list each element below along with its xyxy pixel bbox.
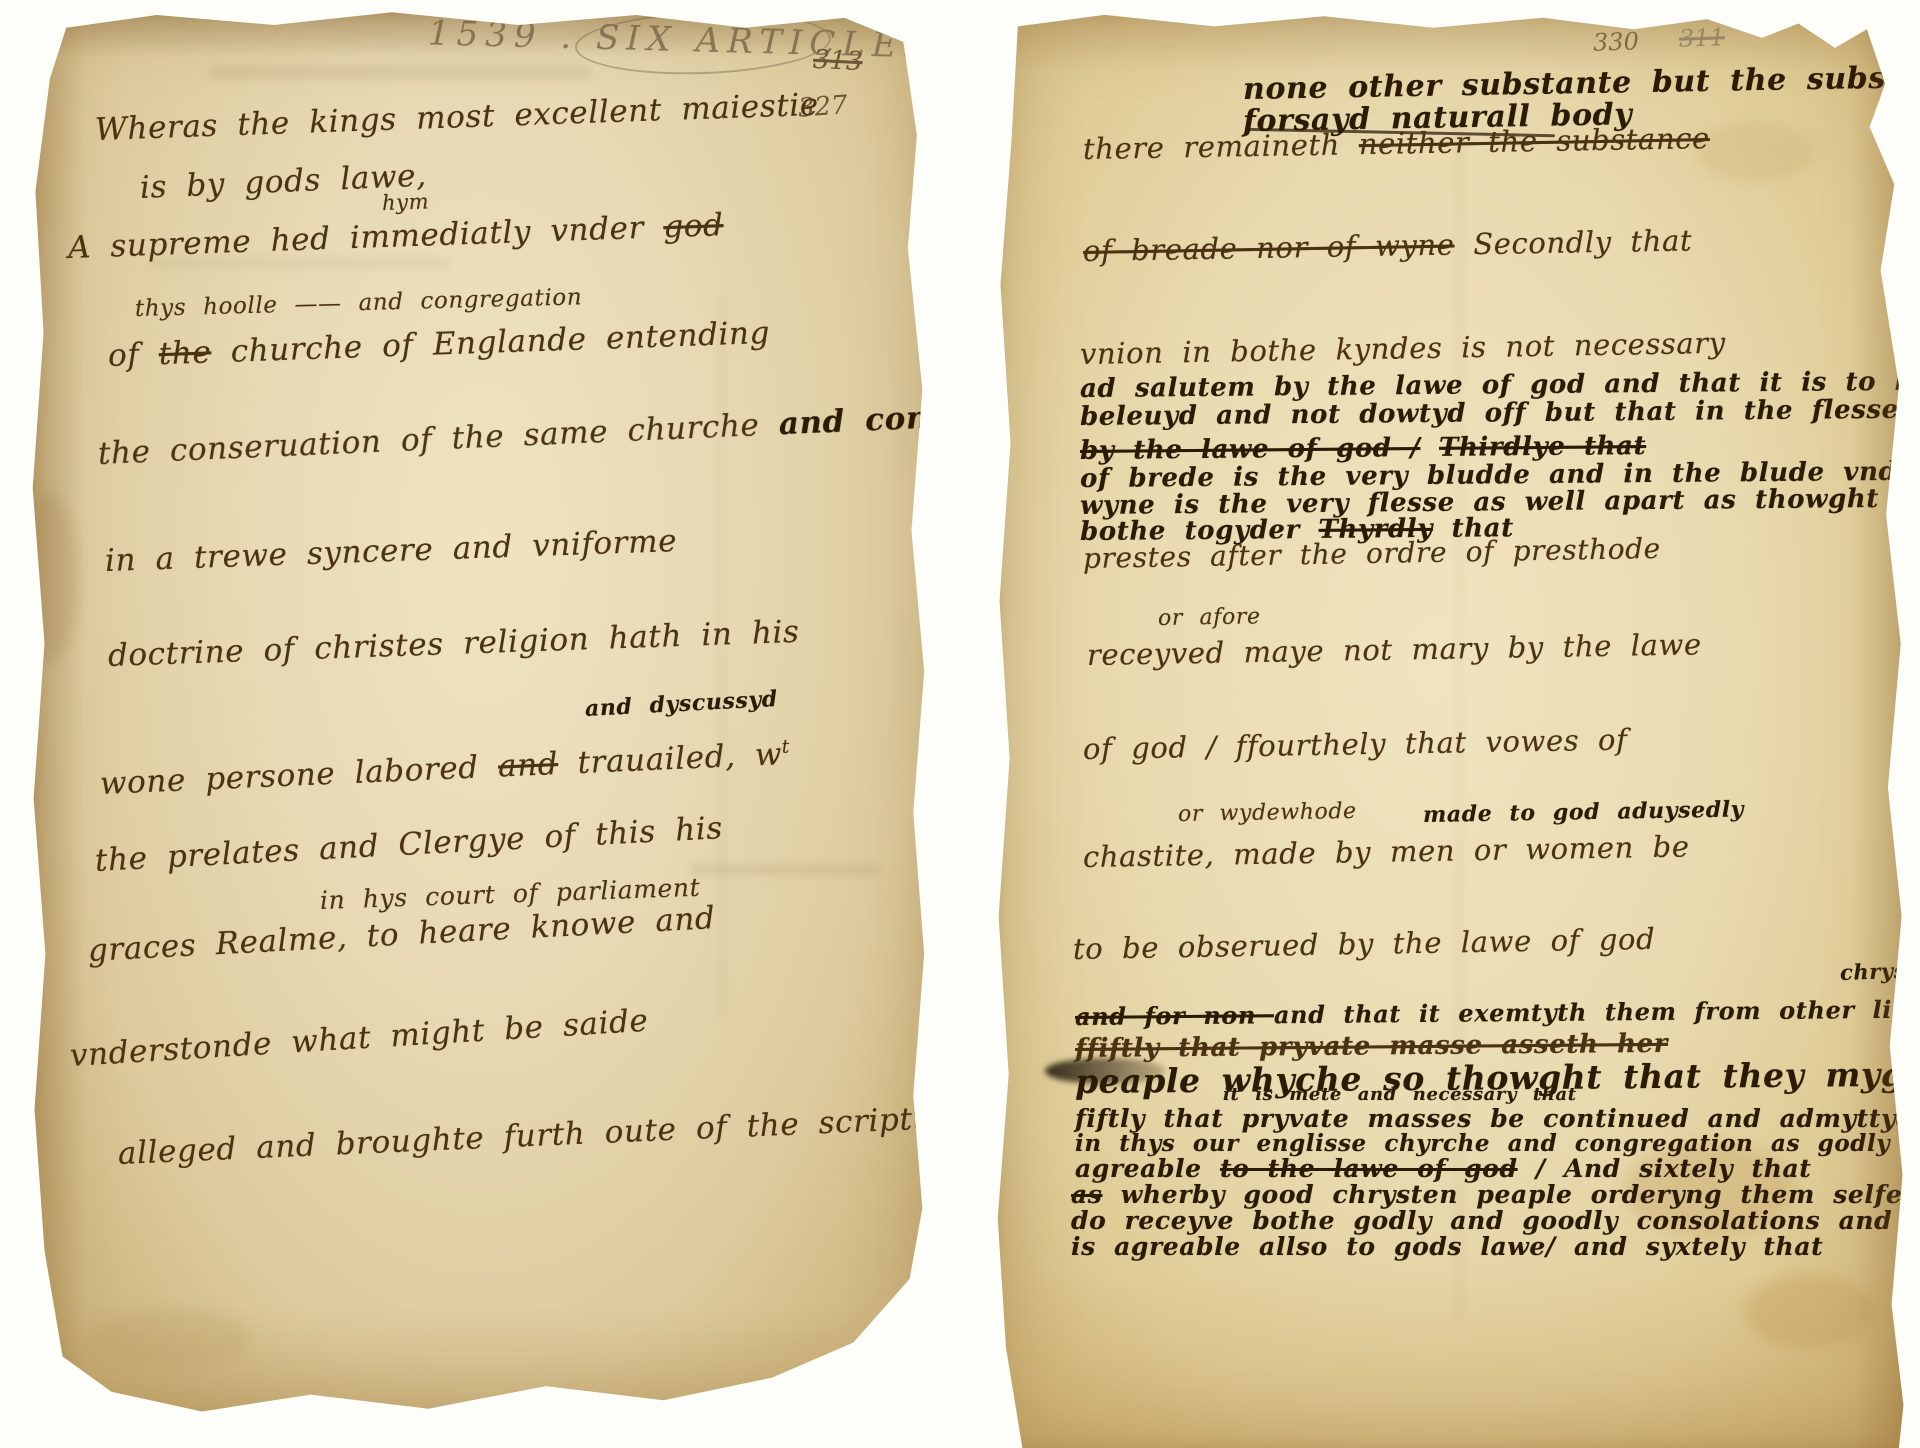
text-segment: in a trewe syncere and vniforme (104, 523, 677, 579)
manuscript-line: alleged and broughte furth oute of the s… (117, 1098, 984, 1172)
manuscript-line: vnderstonde what might be saide (69, 1003, 650, 1074)
text-segment: and for non (1075, 1000, 1274, 1031)
left-page: 1539 . SIX ARTICLES 313 327 Wheras the k… (30, 8, 935, 1420)
text-segment: and dyscussyd (584, 686, 778, 722)
paper-stain (1745, 1274, 1875, 1349)
interline-insertion: made to god aduysedly (1423, 796, 1744, 828)
manuscript-line: chastite, made by men or women be (1083, 829, 1690, 874)
text-segment: hym (382, 189, 430, 215)
text-segment: doctrine of christes religion hath in hi… (107, 614, 800, 674)
text-segment: alleged and broughte furth oute of the s… (117, 1098, 984, 1172)
text-segment: or wydewhode (1178, 799, 1357, 827)
text-segment: is agreable allso to gods lawe/ and syxt… (1071, 1232, 1823, 1261)
manuscript-line: as wherby good chrysten peaple orderyng … (1071, 1180, 1920, 1209)
manuscript-line: of the churche of Englande entending (107, 315, 770, 374)
text-segment: vnion in bothe kyndes is not necessary (1080, 326, 1726, 371)
interline-insertion: hym (382, 189, 430, 215)
interline-insertion: and dyscussyd (584, 686, 778, 722)
folio-number-struck: 313 (812, 45, 863, 78)
text-segment: / And sixtely that (1518, 1154, 1812, 1183)
text-segment: and that it exemtyth them from other lib… (1274, 994, 1920, 1029)
manuscript-line: the prelates and Clergye of this his (94, 810, 724, 879)
text-segment: of (107, 336, 159, 374)
fold-crease (720, 298, 724, 1018)
text-segment: chastite, made by men or women be (1083, 829, 1690, 874)
text-segment: to the lawe of god (1220, 1154, 1518, 1183)
text-segment: the prelates and Clergye of this his (94, 810, 724, 879)
text-segment: Secondly that (1454, 223, 1692, 261)
text-segment: receyved maye not mary by the lawe (1087, 627, 1702, 672)
text-segment: to be obserued by the lawe of god (1073, 922, 1656, 966)
folio-number: 330 (1593, 27, 1640, 57)
text-segment: wherby good chrysten peaple orderyng the… (1102, 1180, 1920, 1209)
manuscript-line: is agreable allso to gods lawe/ and syxt… (1071, 1232, 1823, 1261)
text-segment: fiftly that pryvate masses be continued … (1075, 1104, 1914, 1133)
manuscript-line: there remaineth neither the substance (1083, 121, 1710, 166)
paper-stain (90, 1308, 250, 1368)
manuscript-line: agreable to the lawe of god / And sixtel… (1075, 1154, 1811, 1183)
text-segment: Wheras the kings most excellent maiestie (94, 87, 819, 148)
text-segment: the conseruation of the same churche (97, 406, 779, 472)
manuscript-line: do receyve bothe godly and goodly consol… (1071, 1206, 1920, 1235)
text-segment: god (663, 207, 724, 245)
manuscript-line: and for non and that it exemtyth them fr… (1075, 993, 1920, 1031)
text-segment: as (1071, 1180, 1102, 1209)
text-segment: made to god aduysedly (1423, 796, 1744, 828)
text-segment: agreable (1075, 1154, 1220, 1183)
manuscript-line: in a trewe syncere and vniforme (104, 523, 677, 579)
interline-insertion: thys hoolle —— and congregation (135, 284, 583, 322)
right-page: 330 311 none other substante but the sub… (995, 12, 1908, 1448)
paper-stain (1695, 122, 1815, 182)
text-segment: there remaineth (1083, 127, 1359, 166)
text-segment: t (781, 737, 790, 758)
manuscript-line: of god / ffourthely that vowes of (1083, 723, 1628, 766)
text-segment: do receyve bothe godly and goodly consol… (1071, 1206, 1920, 1235)
interline-insertion: or wydewhode (1178, 799, 1357, 827)
manuscript-photo: 1539 . SIX ARTICLES 313 327 Wheras the k… (0, 0, 1920, 1448)
text-segment: A supreme hed immediatly vnder (67, 209, 664, 266)
text-segment: in thys our englisse chyrche and congreg… (1075, 1130, 1920, 1157)
manuscript-line: vnion in bothe kyndes is not necessary (1080, 326, 1726, 371)
manuscript-line: to be obserued by the lawe of god (1073, 922, 1656, 966)
text-segment: the (158, 334, 212, 372)
text-segment: it is mete and necessary that (1223, 1084, 1577, 1105)
text-segment: trauailed, w (557, 736, 782, 782)
text-segment: churche of Englande entending (211, 315, 771, 370)
paper-stain (18, 493, 78, 663)
show-through-mark (210, 66, 590, 79)
manuscript-line: doctrine of christes religion hath in hi… (107, 614, 800, 674)
interline-insertion: or afore (1158, 604, 1261, 631)
text-segment: or afore (1158, 604, 1261, 631)
manuscript-line: receyved maye not mary by the lawe (1087, 627, 1702, 672)
text-segment: thys hoolle —— and congregation (135, 284, 583, 322)
manuscript-line: Wheras the kings most excellent maiestie (94, 87, 819, 148)
folio-number-struck: 311 (1679, 23, 1726, 53)
manuscript-line: wone persone labored and trauailed, wt (99, 736, 791, 802)
show-through-mark (690, 864, 880, 875)
text-segment: wone persone labored (99, 749, 499, 802)
text-segment: chrysten (1840, 956, 1920, 985)
text-segment: Thirdlye that (1439, 431, 1646, 463)
text-segment: vnderstonde what might be saide (69, 1003, 650, 1074)
manuscript-line: of breade nor of wyne Secondly that (1083, 223, 1693, 268)
interline-insertion: chrysten (1840, 956, 1920, 985)
text-segment: neither the substance (1358, 121, 1710, 161)
manuscript-line: A supreme hed immediatly vnder god (67, 207, 724, 266)
manuscript-line: in thys our englisse chyrche and congreg… (1075, 1130, 1920, 1157)
interline-insertion: it is mete and necessary that (1223, 1084, 1577, 1105)
text-segment: and (497, 746, 559, 785)
text-segment: of god / ffourthely that vowes of (1083, 723, 1628, 766)
manuscript-line: the conseruation of the same churche and… (97, 392, 1104, 472)
text-segment: of breade nor of wyne (1083, 228, 1455, 268)
text-segment (1420, 433, 1439, 463)
manuscript-line: fiftly that pryvate masses be continued … (1075, 1104, 1914, 1133)
